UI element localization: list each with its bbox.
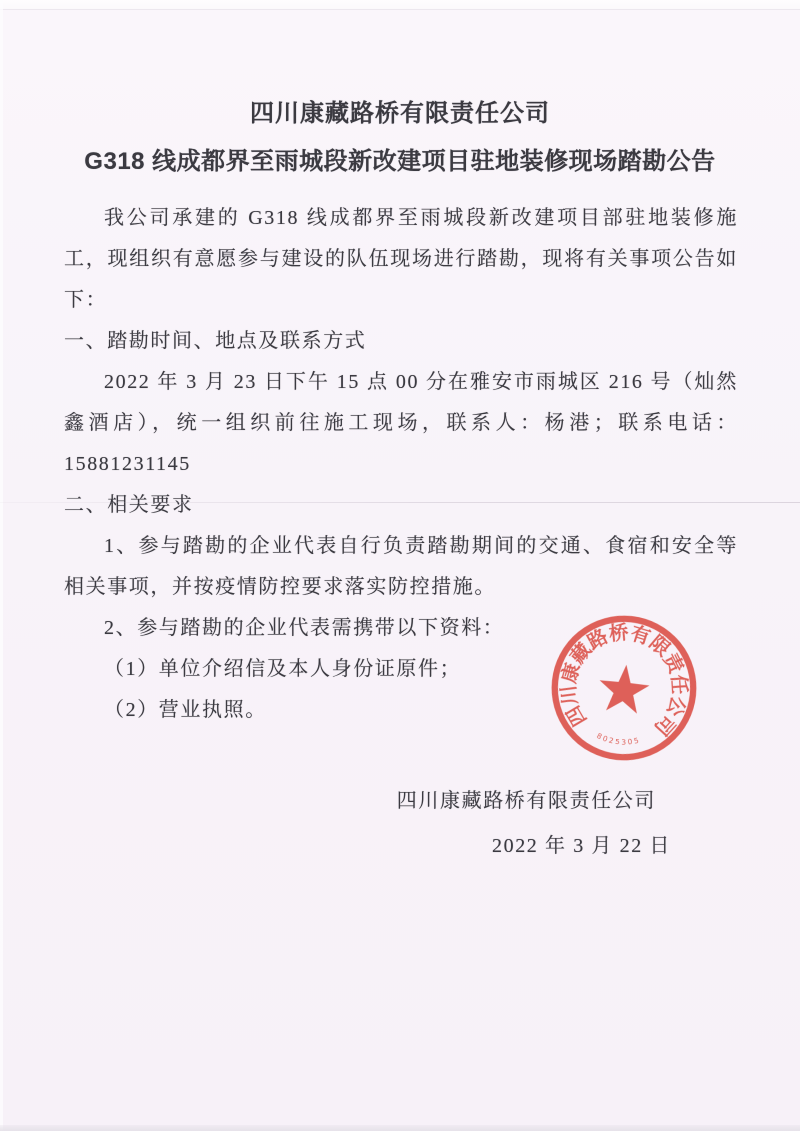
signature-company: 四川康藏路桥有限责任公司 <box>64 779 738 824</box>
paragraph-requirement-2: 2、参与踏勘的企业代表需携带以下资料： <box>64 608 738 649</box>
document-subtitle: G318 线成都界至雨城段新改建项目驻地装修现场踏勘公告 <box>30 142 770 182</box>
section-heading-2: 二、相关要求 <box>64 485 738 526</box>
paragraph-material-2: （2）营业执照。 <box>64 690 738 731</box>
section-heading-1: 一、踏勘时间、地点及联系方式 <box>64 321 738 362</box>
paragraph-schedule: 2022 年 3 月 23 日下午 15 点 00 分在雅安市雨城区 216 号… <box>64 362 738 485</box>
paragraph-material-1: （1）单位介绍信及本人身份证原件； <box>64 649 738 690</box>
paragraph-intro: 我公司承建的 G318 线成都界至雨城段新改建项目部驻地装修施工，现组织有意愿参… <box>64 198 738 321</box>
signature-date: 2022 年 3 月 22 日 <box>64 824 738 869</box>
scanned-document-page: 四川康藏路桥有限责任公司 G318 线成都界至雨城段新改建项目驻地装修现场踏勘公… <box>0 0 800 1131</box>
scan-edge-bottom <box>0 1125 800 1131</box>
signature-block: 四川康藏路桥有限责任公司 2022 年 3 月 22 日 <box>64 779 738 869</box>
scan-edge-left <box>0 0 3 1131</box>
paragraph-requirement-1: 1、参与踏勘的企业代表自行负责踏勘期间的交通、食宿和安全等相关事项，并按疫情防控… <box>64 526 738 608</box>
document-title: 四川康藏路桥有限责任公司 <box>0 0 800 132</box>
document-body: 我公司承建的 G318 线成都界至雨城段新改建项目部驻地装修施工，现组织有意愿参… <box>0 198 800 869</box>
scan-edge-top <box>0 0 800 10</box>
